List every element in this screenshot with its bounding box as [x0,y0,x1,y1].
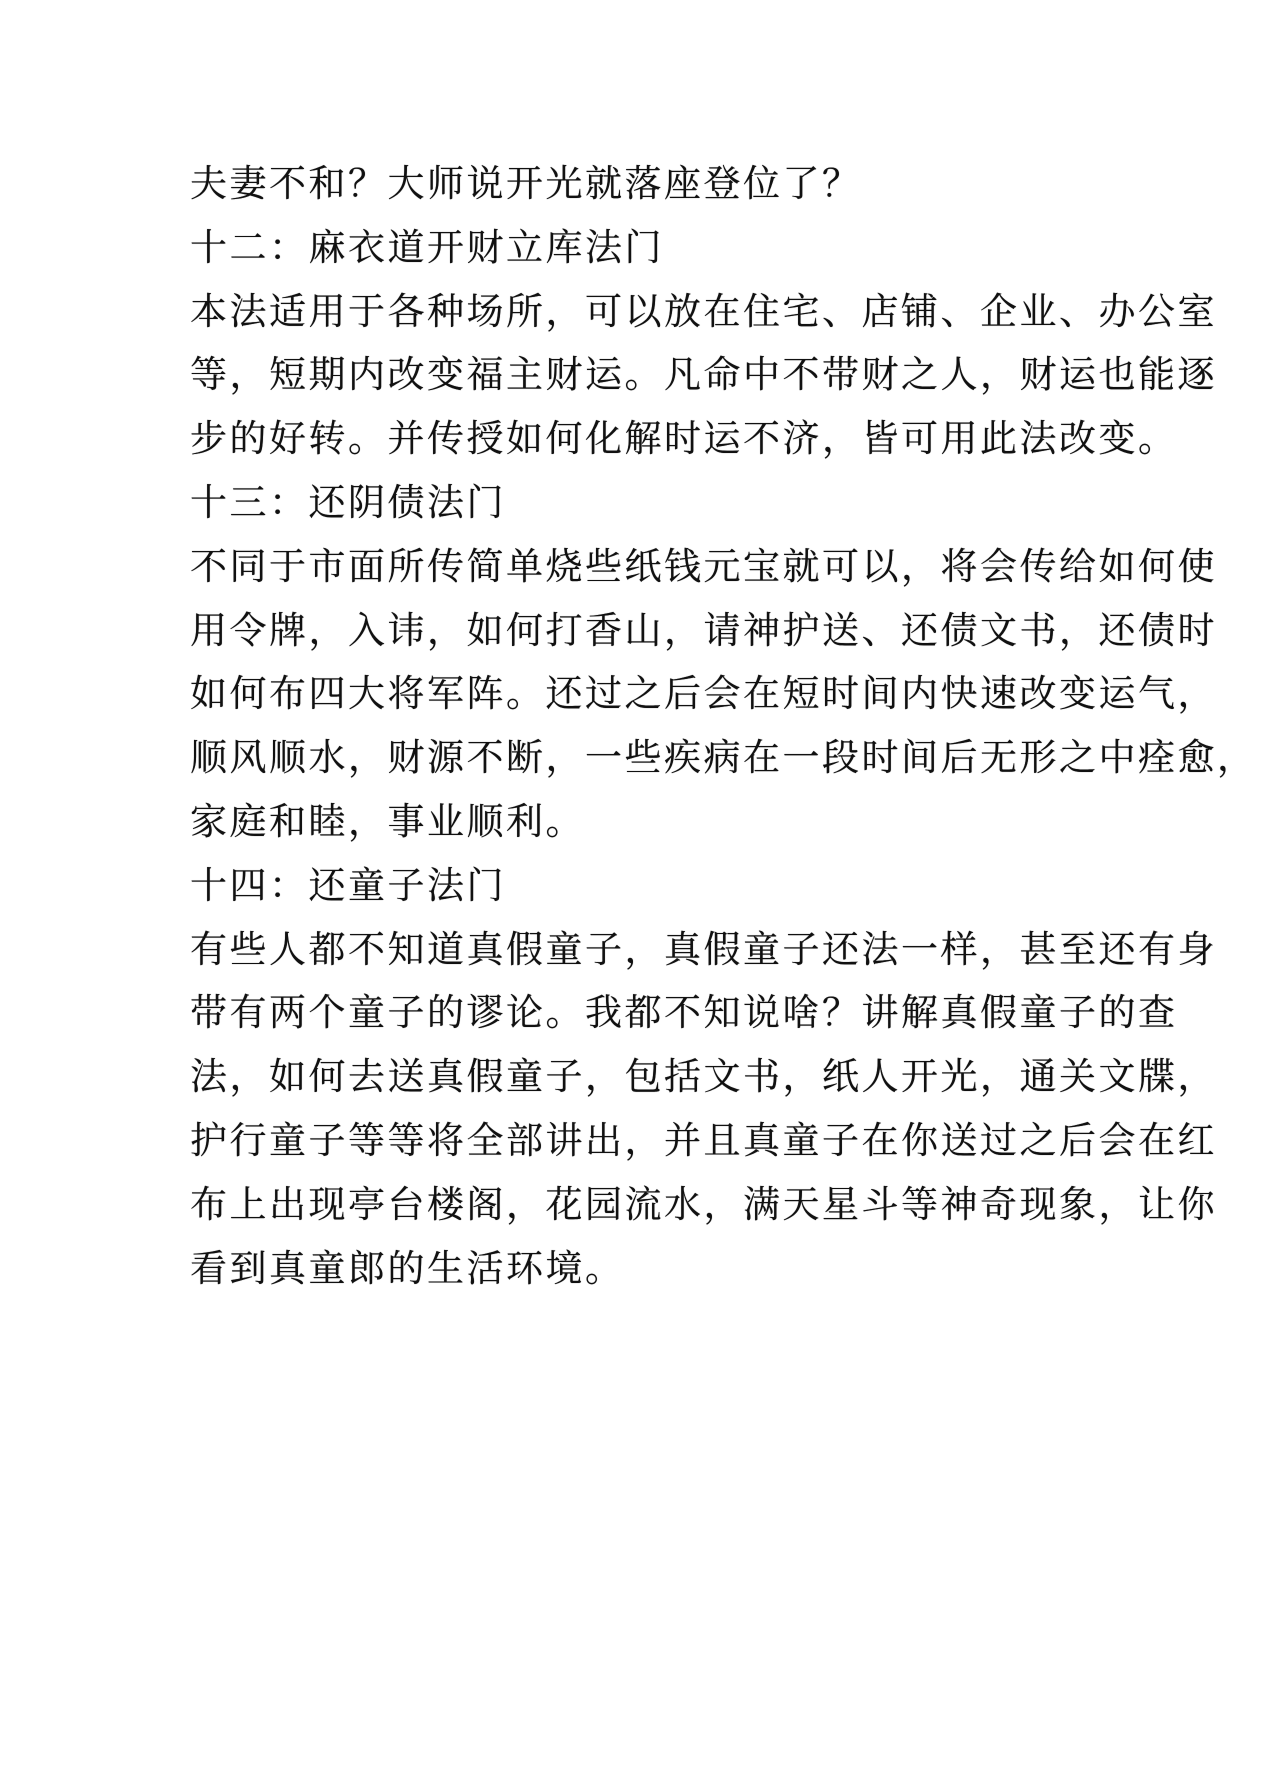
paragraph-line: 如何布四大将军阵。还过之后会在短时间内快速改变运气， [190,662,1090,726]
section-heading-13: 十三：还阴债法门 [190,471,1090,535]
paragraph-line: 不同于市面所传简单烧些纸钱元宝就可以，将会传给如何使 [190,535,1090,599]
section-heading-14: 十四：还童子法门 [190,854,1090,918]
paragraph-line: 用令牌，入讳，如何打香山，请神护送、还债文书，还债时 [190,599,1090,663]
document-text-block: 夫妻不和？大师说开光就落座登位了？ 十二：麻衣道开财立库法门 本法适用于各种场所… [190,152,1090,1300]
paragraph-line: 带有两个童子的谬论。我都不知说啥？讲解真假童子的查 [190,981,1090,1045]
paragraph-line: 夫妻不和？大师说开光就落座登位了？ [190,152,1090,216]
paragraph-line: 顺风顺水，财源不断，一些疾病在一段时间后无形之中痊愈， [190,726,1090,790]
paragraph-line: 本法适用于各种场所，可以放在住宅、店铺、企业、办公室 [190,280,1090,344]
paragraph-line: 看到真童郎的生活环境。 [190,1237,1090,1301]
paragraph-line: 布上出现亭台楼阁，花园流水，满天星斗等神奇现象，让你 [190,1173,1090,1237]
paragraph-line: 护行童子等等将全部讲出，并且真童子在你送过之后会在红 [190,1109,1090,1173]
document-page: 夫妻不和？大师说开光就落座登位了？ 十二：麻衣道开财立库法门 本法适用于各种场所… [0,0,1280,1786]
paragraph-line: 步的好转。并传授如何化解时运不济，皆可用此法改变。 [190,407,1090,471]
section-heading-12: 十二：麻衣道开财立库法门 [190,216,1090,280]
paragraph-line: 家庭和睦，事业顺利。 [190,790,1090,854]
paragraph-line: 等，短期内改变福主财运。凡命中不带财之人，财运也能逐 [190,343,1090,407]
paragraph-line: 有些人都不知道真假童子，真假童子还法一样，甚至还有身 [190,918,1090,982]
paragraph-line: 法，如何去送真假童子，包括文书，纸人开光，通关文牒， [190,1045,1090,1109]
